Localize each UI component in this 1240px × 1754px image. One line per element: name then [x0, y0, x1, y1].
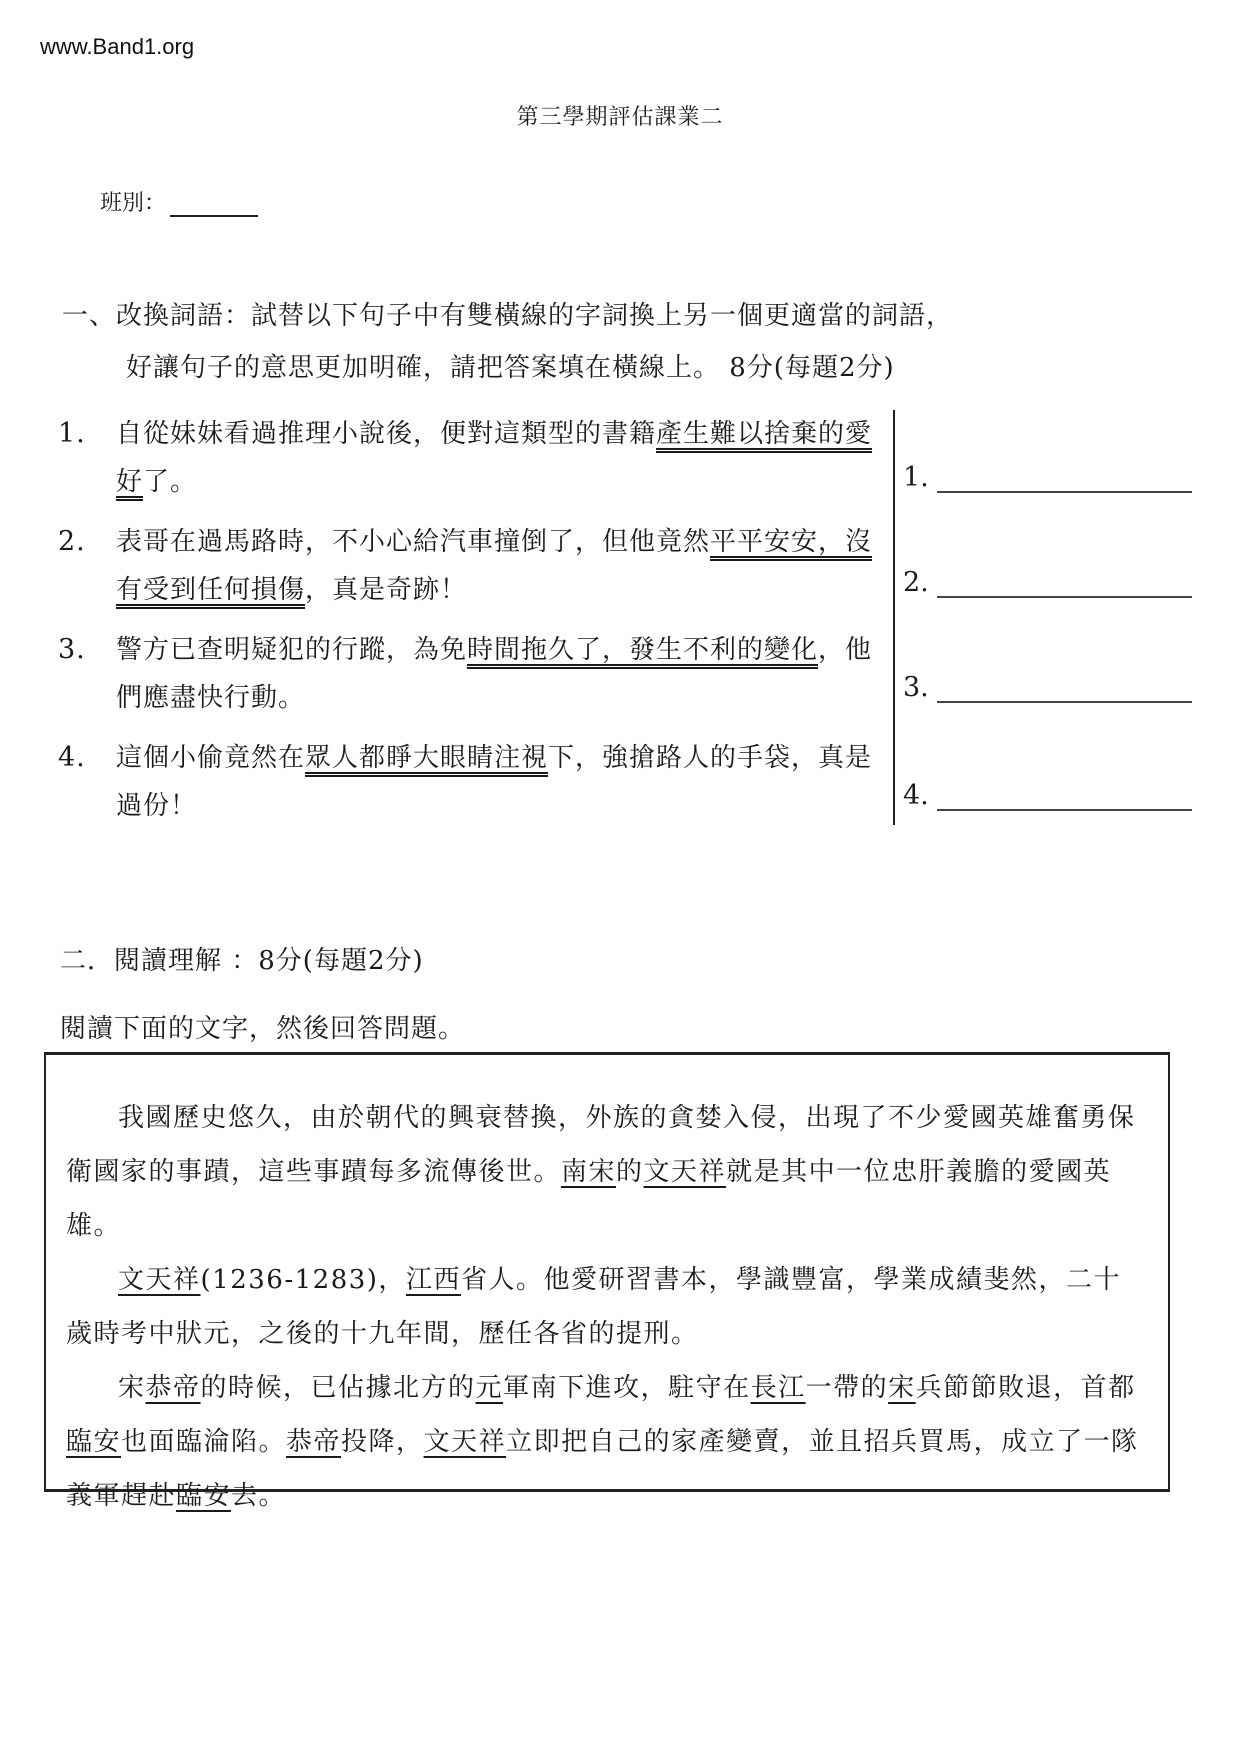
- double-underlined-phrase: 時間拖久了，發生不利的變化: [467, 635, 818, 665]
- passage-text: 去。: [231, 1481, 286, 1511]
- answer-blank-2[interactable]: [937, 572, 1192, 598]
- question-item: 2. 表哥在過馬路時，不小心給汽車撞倒了，但他竟然平平安安，沒有受到任何損傷，真…: [58, 518, 878, 614]
- watermark: www.Band1.org: [40, 34, 194, 60]
- section1-heading-line1: 一、改換詞語：試替以下句子中有雙橫線的字詞換上另一個更適當的詞語，: [62, 290, 953, 342]
- passage-text: 的: [616, 1157, 644, 1187]
- proper-noun: 文天祥: [424, 1427, 507, 1457]
- answer-row-1: 1.: [903, 462, 1192, 493]
- question-text: 表哥在過馬路時，不小心給汽車撞倒了，但他竟然: [116, 527, 710, 557]
- question-text: 了。: [143, 467, 197, 497]
- section1-heading-line2: 好讓句子的意思更加明確，請把答案填在橫線上。 8分(每題2分): [62, 342, 953, 394]
- proper-noun: 文天祥: [118, 1265, 201, 1295]
- passage-paragraph-2: 文天祥(1236-1283)，江西省人。他愛研習書本，學識豐富，學業成績斐然，二…: [66, 1253, 1146, 1361]
- question-text: 這個小偷竟然在: [116, 743, 305, 773]
- answer-blank-3[interactable]: [937, 677, 1192, 703]
- question-item: 1. 自從妹妹看過推理小說後，便對這類型的書籍產生難以捨棄的愛好了。: [58, 410, 878, 506]
- question-text: 警方已查明疑犯的行蹤，為免: [116, 635, 467, 665]
- proper-noun: 宋: [888, 1373, 916, 1403]
- proper-noun: 元: [476, 1373, 504, 1403]
- answer-blank-1[interactable]: [937, 467, 1192, 493]
- passage-text: 投降，: [341, 1427, 424, 1457]
- question-item: 3. 警方已查明疑犯的行蹤，為免時間拖久了，發生不利的變化，他們應盡快行動。: [58, 626, 878, 722]
- question-number: 3.: [58, 626, 86, 674]
- section1-heading: 一、改換詞語：試替以下句子中有雙橫線的字詞換上另一個更適當的詞語， 好讓句子的意…: [62, 290, 953, 394]
- section2-heading: 二．閱讀理解 ：8分(每題2分): [60, 940, 424, 977]
- question-text: ，真是奇跡！: [305, 575, 467, 605]
- answer-number: 3.: [903, 672, 929, 703]
- document-title: 第三學期評估課業二: [0, 100, 1240, 131]
- class-label: 班別：: [100, 191, 166, 216]
- answer-row-4: 4.: [903, 780, 1192, 811]
- answer-row-3: 3.: [903, 672, 1192, 703]
- class-field: 班別：: [100, 186, 258, 217]
- answer-number: 2.: [903, 567, 929, 598]
- proper-noun: 恭帝: [286, 1427, 341, 1457]
- proper-noun: 臨安: [176, 1481, 231, 1511]
- proper-noun: 臨安: [66, 1427, 121, 1457]
- passage-text: 宋: [118, 1373, 146, 1403]
- question-list: 1. 自從妹妹看過推理小說後，便對這類型的書籍產生難以捨棄的愛好了。 2. 表哥…: [58, 410, 878, 842]
- proper-noun: 江西: [406, 1265, 461, 1295]
- passage-paragraph-3: 宋恭帝的時候，已佔據北方的元軍南下進攻，駐守在長江一帶的宋兵節節敗退，首都臨安也…: [66, 1361, 1146, 1523]
- question-number: 4.: [58, 734, 86, 782]
- passage-text: 軍南下進攻，駐守在: [503, 1373, 751, 1403]
- passage-text: 一帶的: [806, 1373, 889, 1403]
- proper-noun: 長江: [751, 1373, 806, 1403]
- question-text: 自從妹妹看過推理小說後，便對這類型的書籍: [116, 419, 656, 449]
- passage-text: (1236-1283)，: [201, 1265, 406, 1295]
- answer-number: 4.: [903, 780, 929, 811]
- proper-noun: 文天祥: [644, 1157, 727, 1187]
- passage-paragraph-1: 我國歷史悠久，由於朝代的興衰替換，外族的貪婪入侵，出現了不少愛國英雄奮勇保衛國家…: [66, 1091, 1146, 1253]
- answer-blank-4[interactable]: [937, 785, 1192, 811]
- question-number: 1.: [58, 410, 86, 458]
- section2-instruction: 閱讀下面的文字，然後回答問題。: [60, 1008, 465, 1045]
- answer-number: 1.: [903, 462, 929, 493]
- question-number: 2.: [58, 518, 86, 566]
- proper-noun: 恭帝: [146, 1373, 201, 1403]
- double-underlined-phrase: 眾人都睜大眼睛注視: [305, 743, 548, 773]
- passage-text: 兵節節敗退，首都: [916, 1373, 1136, 1403]
- passage-text: 的時候，已佔據北方的: [201, 1373, 476, 1403]
- passage-text: 也面臨淪陷。: [121, 1427, 286, 1457]
- reading-passage-box: 我國歷史悠久，由於朝代的興衰替換，外族的貪婪入侵，出現了不少愛國英雄奮勇保衛國家…: [44, 1052, 1170, 1492]
- answer-column-divider: [893, 410, 895, 825]
- answer-row-2: 2.: [903, 567, 1192, 598]
- class-input-blank[interactable]: [170, 195, 258, 217]
- proper-noun: 南宋: [561, 1157, 616, 1187]
- question-item: 4. 這個小偷竟然在眾人都睜大眼睛注視下，強搶路人的手袋，真是過份！: [58, 734, 878, 830]
